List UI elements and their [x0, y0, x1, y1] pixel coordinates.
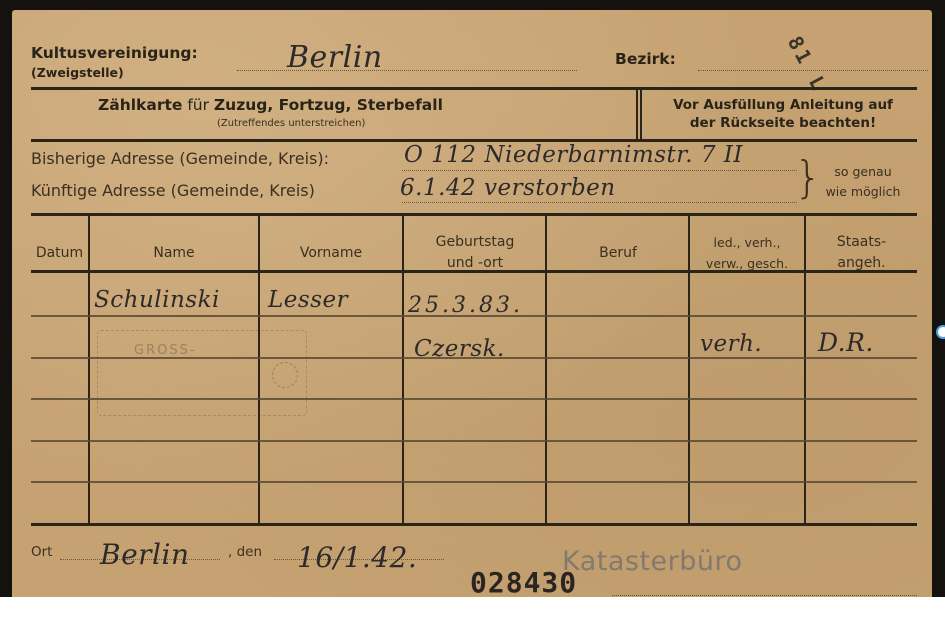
title-divider-left	[636, 90, 638, 140]
precision-note-line-1: so genau	[808, 162, 918, 182]
header-datum-text: Datum	[36, 243, 83, 264]
prev-address-value: O 112 Niederbarnimstr. 7 II	[404, 142, 743, 168]
faint-stamp-text: GROSS-	[134, 343, 197, 358]
faint-stamp-circle	[272, 362, 298, 388]
header-vorname: Vorname	[260, 224, 402, 282]
cell-geburtstag: 25.3.83.	[408, 293, 523, 318]
row-rule	[31, 481, 917, 483]
prev-address-dotted-line	[402, 170, 797, 171]
header-name-text: Name	[153, 243, 194, 264]
column-line	[804, 214, 806, 524]
header-familienstand-text-1: led., verh.,	[706, 232, 788, 253]
serial-number: 028430	[470, 566, 577, 599]
table-top-line	[31, 213, 917, 216]
column-line	[402, 214, 404, 524]
column-line	[688, 214, 690, 524]
header-geburtstag: Geburtstagund -ort	[404, 224, 546, 282]
cell-familienstand: verh.	[700, 331, 762, 357]
table-header-line	[31, 270, 917, 273]
future-address-label: Künftige Adresse (Gemeinde, Kreis)	[31, 181, 315, 200]
instruction-line-1: Vor Ausfüllung Anleitung auf	[644, 96, 922, 114]
registration-card: Kultusvereinigung: (Zweigstelle) Berlin …	[12, 10, 932, 597]
future-address-dotted-line	[402, 202, 797, 203]
instruction-box: Vor Ausfüllung Anleitung auf der Rücksei…	[644, 96, 922, 132]
office-stamp: Katasterbüro	[562, 546, 743, 577]
future-address-value: 6.1.42 verstorben	[400, 175, 616, 201]
header-staatsangehoerigkeit: Staats-angeh.	[806, 224, 917, 282]
ort-label: Ort	[31, 544, 52, 560]
cell-geburtsort: Czersk.	[414, 336, 505, 362]
precision-note: so genau wie möglich	[808, 162, 918, 202]
header-datum: Datum	[31, 224, 88, 282]
cell-staatsangehoerigkeit: D.R.	[818, 328, 874, 357]
header-staat-text-1: Staats-	[837, 232, 886, 253]
title-note: (Zutreffendes unterstreichen)	[217, 118, 365, 129]
prev-address-label: Bisherige Adresse (Gemeinde, Kreis):	[31, 149, 329, 168]
table-bottom-line	[31, 523, 917, 526]
den-label: , den	[228, 544, 262, 560]
title-fuer: für	[187, 96, 209, 114]
cell-name: Schulinski	[94, 287, 220, 313]
column-line	[545, 214, 547, 524]
card-title: Zählkarte für Zuzug, Fortzug, Sterbefall	[98, 96, 443, 114]
instruction-line-2: der Rückseite beachten!	[644, 114, 922, 132]
header-name: Name	[90, 224, 258, 282]
header-geburtstag-text-1: Geburtstag	[436, 232, 515, 253]
row-rule	[31, 440, 917, 442]
title-divider-right	[640, 90, 642, 140]
header-vorname-text: Vorname	[300, 243, 362, 264]
header-familienstand: led., verh.,verw., gesch.	[690, 224, 804, 282]
kultus-label: Kultusvereinigung:	[31, 44, 198, 62]
title-zaehlkarte: Zählkarte	[98, 96, 182, 114]
title-types: Zuzug, Fortzug, Sterbefall	[214, 96, 443, 114]
scroll-handle[interactable]	[936, 325, 945, 339]
bottom-margin	[0, 597, 945, 629]
precision-note-line-2: wie möglich	[808, 182, 918, 202]
zweigstelle-label: (Zweigstelle)	[31, 65, 124, 80]
cell-vorname: Lesser	[268, 287, 348, 313]
ort-value: Berlin	[100, 538, 189, 571]
bezirk-label: Bezirk:	[615, 50, 676, 68]
divider-line	[31, 87, 917, 90]
column-line	[88, 214, 90, 524]
kultus-value: Berlin	[287, 40, 383, 75]
header-beruf-text: Beruf	[599, 243, 637, 264]
date-value: 16/1.42.	[297, 541, 417, 574]
bottom-dotted-line	[612, 595, 917, 596]
header-beruf: Beruf	[547, 224, 689, 282]
